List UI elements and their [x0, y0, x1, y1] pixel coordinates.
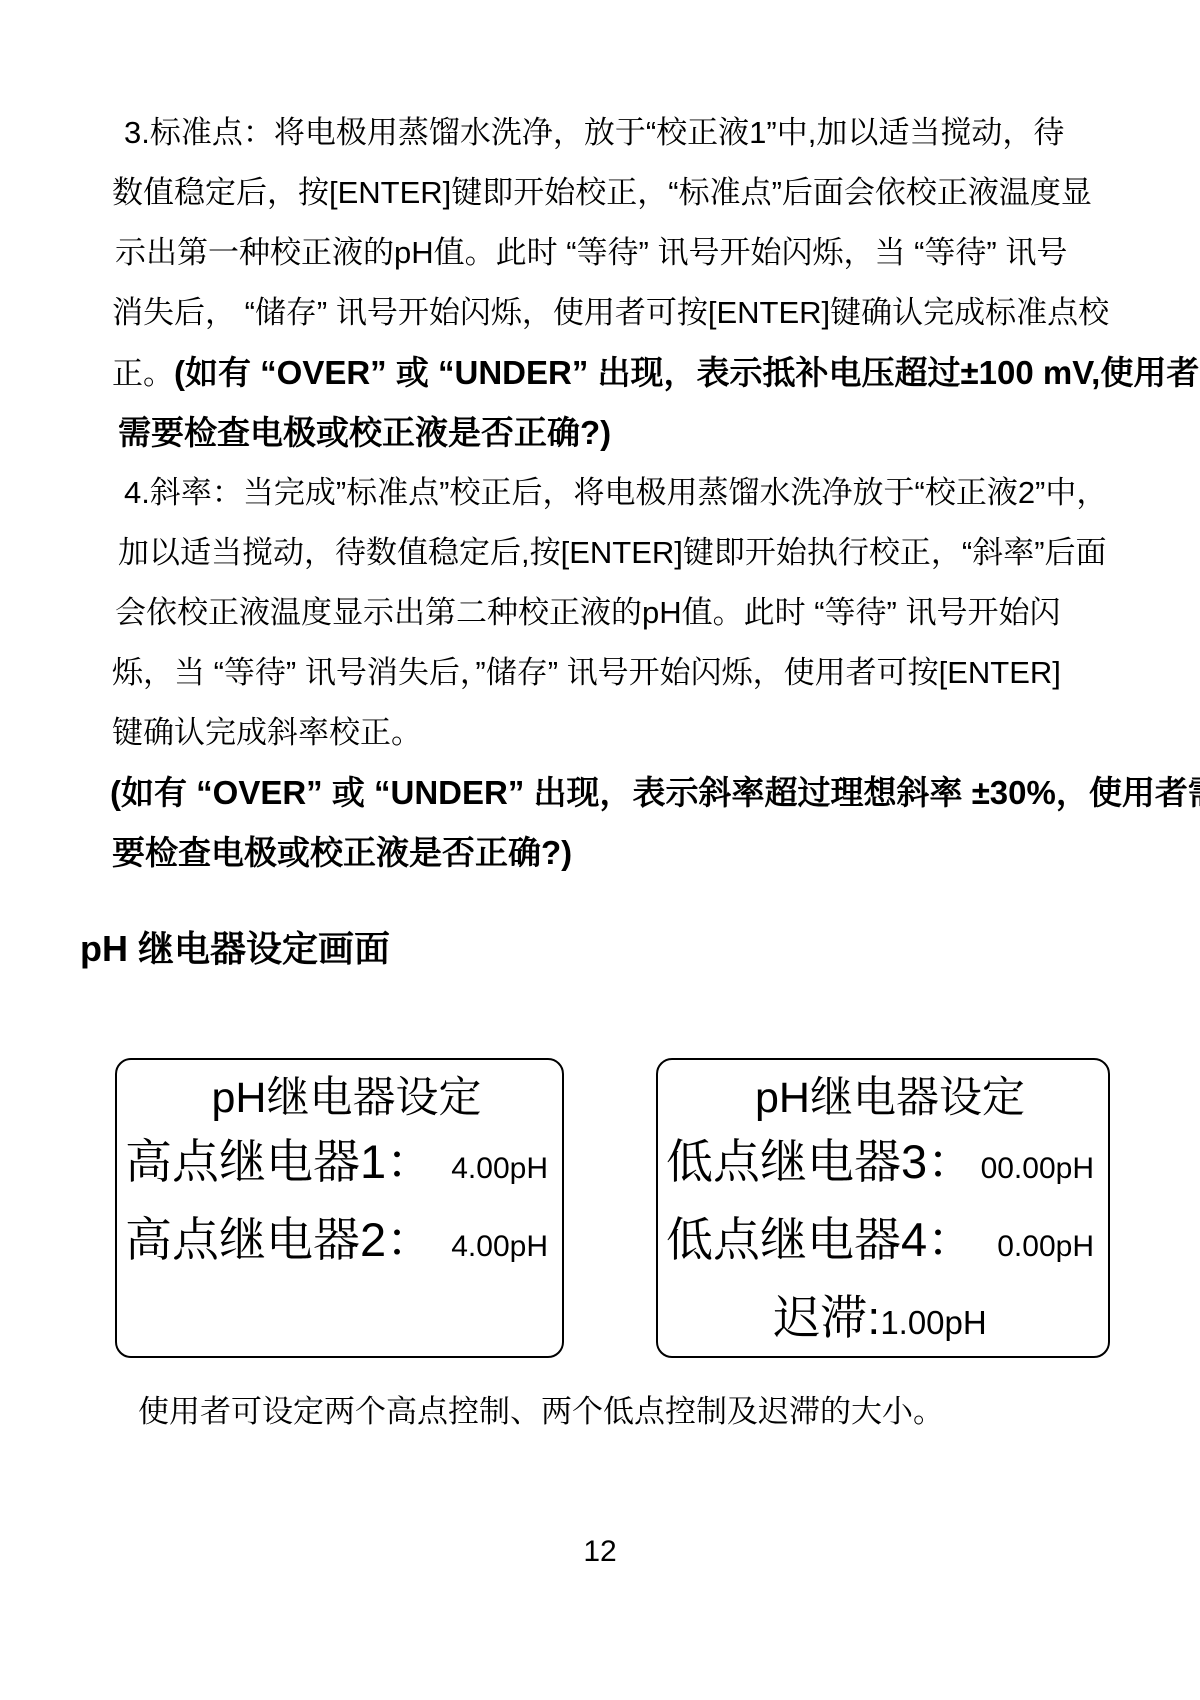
- lcd-row-low-relay-3: 低点继电器3： 00.00pH: [666, 1132, 1094, 1199]
- lcd-row-value: 1.00pH: [880, 1293, 986, 1353]
- body-text-segment: 4.斜率：当完成”标准点”校正后，将电极用蒸馏水洗净放于“校正液2”中，: [124, 475, 1107, 510]
- body-text: 3.标准点：将电极用蒸馏水洗净，放于“校正液1”中,加以适当搅动，待数值稳定后，…: [0, 103, 1200, 883]
- body-text-segment: 加以适当搅动，待数值稳定后,按[ENTER]键即开始执行校正，“斜率”后面: [118, 535, 1107, 570]
- screens-caption: 使用者可设定两个高点控制、两个低点控制及迟滞的大小。: [138, 1384, 944, 1440]
- body-text-line: 消失后， “储存” 讯号开始闪烁，使用者可按[ENTER]键确认完成标准点校: [0, 283, 1200, 343]
- lcd-screen-low-relays: pH继电器设定 低点继电器3： 00.00pH 低点继电器4： 0.00pH 迟…: [656, 1058, 1110, 1358]
- body-text-line: 数值稳定后，按[ENTER]键即开始校正，“标准点”后面会依校正液温度显: [0, 163, 1200, 223]
- lcd-row-low-relay-4: 低点继电器4： 0.00pH: [666, 1210, 1094, 1277]
- body-text-segment: 烁，当 “等待” 讯号消失后，”储存” 讯号开始闪烁，使用者可按[ENTER]: [112, 655, 1061, 690]
- lcd-title: pH继电器设定: [672, 1070, 1108, 1126]
- lcd-screen-high-relays: pH继电器设定 高点继电器1： 4.00pH 高点继电器2： 4.00pH: [115, 1058, 564, 1358]
- body-text-segment: 正。: [112, 356, 174, 391]
- lcd-row-value: 4.00pH: [451, 1139, 548, 1199]
- body-text-segment: 消失后， “储存” 讯号开始闪烁，使用者可按[ENTER]键确认完成标准点校: [112, 295, 1109, 330]
- lcd-row-label: 低点继电器3：: [666, 1132, 974, 1192]
- section-heading: pH 继电器设定画面: [80, 925, 390, 973]
- lcd-row-label: 低点继电器4：: [666, 1210, 974, 1270]
- lcd-title: pH继电器设定: [131, 1070, 562, 1126]
- body-text-segment-bold: (如有 “OVER” 或 “UNDER” 出现，表示抵补电压超过±100 mV,…: [174, 354, 1199, 391]
- body-text-segment: 键确认完成斜率校正。: [112, 715, 422, 750]
- lcd-row-label: 高点继电器1：: [125, 1132, 433, 1192]
- body-text-line: 要检查电极或校正液是否正确?): [0, 823, 1200, 883]
- body-text-line: 加以适当搅动，待数值稳定后,按[ENTER]键即开始执行校正，“斜率”后面: [0, 523, 1200, 583]
- manual-page: 3.标准点：将电极用蒸馏水洗净，放于“校正液1”中,加以适当搅动，待数值稳定后，…: [0, 0, 1200, 1700]
- body-text-line: 键确认完成斜率校正。: [0, 703, 1200, 763]
- body-text-segment: 会依校正液温度显示出第二种校正液的pH值。此时 “等待” 讯号开始闪: [115, 595, 1061, 630]
- lcd-row-high-relay-2: 高点继电器2： 4.00pH: [125, 1210, 548, 1277]
- body-text-segment: 示出第一种校正液的pH值。此时 “等待” 讯号开始闪烁，当 “等待” 讯号: [115, 235, 1067, 270]
- body-text-segment: 3.标准点：将电极用蒸馏水洗净，放于“校正液1”中,加以适当搅动，待: [124, 115, 1064, 150]
- body-text-line: 需要检查电极或校正液是否正确?): [0, 403, 1200, 463]
- body-text-line: 示出第一种校正液的pH值。此时 “等待” 讯号开始闪烁，当 “等待” 讯号: [0, 223, 1200, 283]
- body-text-segment-bold: 要检查电极或校正液是否正确?): [112, 834, 572, 871]
- body-text-line: (如有 “OVER” 或 “UNDER” 出现，表示斜率超过理想斜率 ±30%，…: [0, 763, 1200, 823]
- page-number: 12: [0, 1530, 1200, 1574]
- body-text-line: 正。(如有 “OVER” 或 “UNDER” 出现，表示抵补电压超过±100 m…: [0, 343, 1200, 403]
- lcd-row-value: 0.00pH: [997, 1217, 1094, 1277]
- lcd-row-label: 迟滞:: [773, 1288, 880, 1348]
- body-text-segment-bold: 需要检查电极或校正液是否正确?): [118, 414, 611, 451]
- lcd-row-hysteresis: 迟滞: 1.00pH: [666, 1288, 1094, 1353]
- body-text-segment-bold: (如有 “OVER” 或 “UNDER” 出现，表示斜率超过理想斜率 ±30%，…: [110, 774, 1200, 811]
- body-text-line: 会依校正液温度显示出第二种校正液的pH值。此时 “等待” 讯号开始闪: [0, 583, 1200, 643]
- body-text-line: 4.斜率：当完成”标准点”校正后，将电极用蒸馏水洗净放于“校正液2”中，: [0, 463, 1200, 523]
- body-text-line: 3.标准点：将电极用蒸馏水洗净，放于“校正液1”中,加以适当搅动，待: [0, 103, 1200, 163]
- body-text-segment: 数值稳定后，按[ENTER]键即开始校正，“标准点”后面会依校正液温度显: [112, 175, 1092, 210]
- lcd-row-label: 高点继电器2：: [125, 1210, 433, 1270]
- body-text-line: 烁，当 “等待” 讯号消失后，”储存” 讯号开始闪烁，使用者可按[ENTER]: [0, 643, 1200, 703]
- lcd-row-value: 00.00pH: [981, 1139, 1094, 1199]
- lcd-row-high-relay-1: 高点继电器1： 4.00pH: [125, 1132, 548, 1199]
- lcd-row-value: 4.00pH: [451, 1217, 548, 1277]
